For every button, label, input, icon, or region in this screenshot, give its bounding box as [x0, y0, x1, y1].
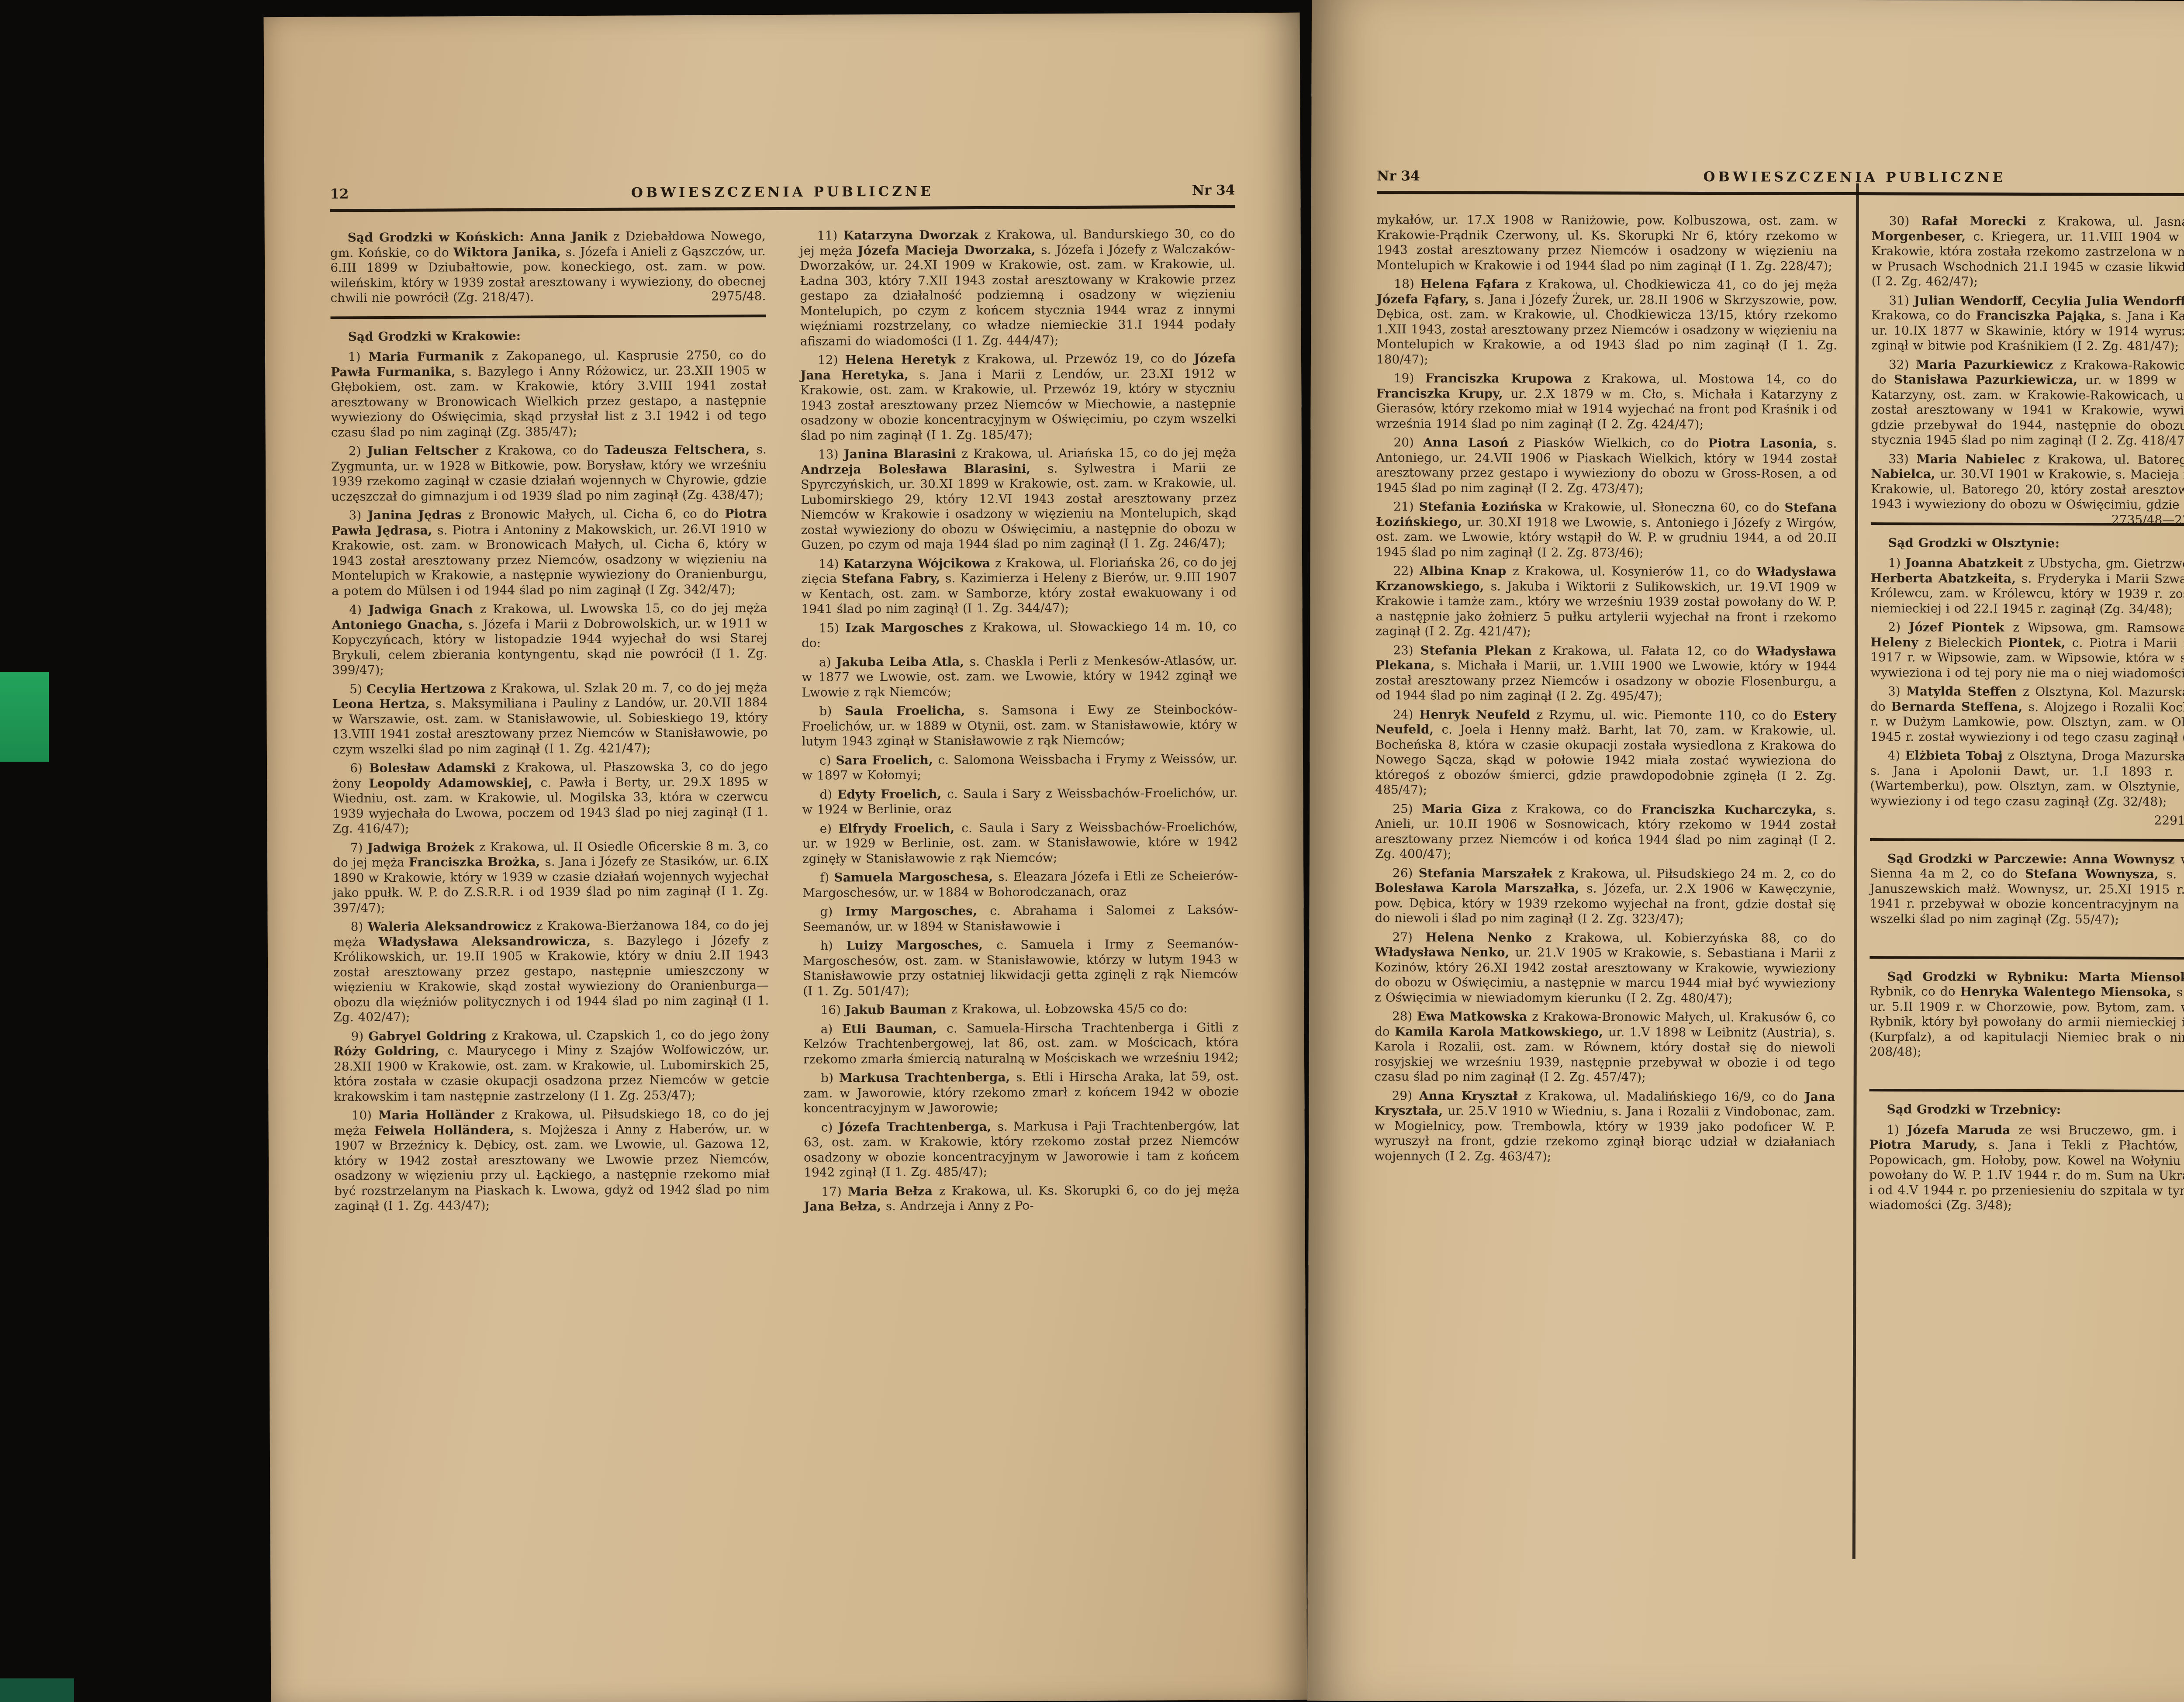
- entry-text: z Bieleckich: [1925, 635, 2008, 649]
- entry-text: 24): [1393, 707, 1420, 722]
- person-name: Maria Pazurkiewicz: [1916, 357, 2060, 372]
- entry-text: z Krakowa, ul. Mostowa 14, co do: [1584, 371, 1837, 387]
- entry-text: 33): [1888, 452, 1917, 466]
- person-name: Anna Lasoń: [1423, 435, 1518, 450]
- entry-paragraph: 16) Jakub Bauman z Krakowa, ul. Łobzowsk…: [803, 1001, 1238, 1018]
- entry-text: 4): [1888, 748, 1905, 763]
- text-column: Sąd Grodzki w Końskich: Anna Janik z Dzi…: [330, 228, 770, 1220]
- entry-paragraph: 18) Helena Fąfara z Krakowa, ul. Chodkie…: [1376, 276, 1838, 368]
- person-name: Markusa Trachtenberga,: [839, 1070, 1016, 1085]
- entry-text: 11): [817, 228, 843, 242]
- entry-text: a): [821, 1022, 842, 1036]
- entry-paragraph: 8) Waleria Aleksandrowicz z Krakowa-Bier…: [333, 918, 769, 1025]
- person-name: Piontek,: [2008, 635, 2072, 649]
- person-name: Elżbieta Tobaj: [1905, 748, 2008, 763]
- entry-paragraph: 12) Helena Heretyk z Krakowa, ul. Przewó…: [800, 351, 1236, 443]
- entry-paragraph: 31) Julian Wendorff, Cecylia Julia Wendo…: [1871, 293, 2184, 355]
- header-rule: [330, 205, 1235, 212]
- entry-text: 1): [1887, 1122, 1907, 1137]
- entry-paragraph: 24) Henryk Neufeld z Rzymu, ul. wic. Pie…: [1375, 707, 1836, 799]
- entry-text: z Krakowa, co do: [1511, 801, 1641, 816]
- text-columns: mykałów, ur. 17.X 1908 w Raniżowie, pow.…: [1374, 212, 2184, 1218]
- entry-text: e): [820, 821, 839, 835]
- entry-paragraph: 7) Jadwiga Brożek z Krakowa, ul. II Osie…: [333, 839, 769, 916]
- entry-text: a): [819, 655, 836, 669]
- entry-text: 2): [349, 444, 367, 458]
- entry-text: 31): [1889, 293, 1914, 307]
- entry-text: 19): [1394, 371, 1425, 385]
- person-name: Andrzeja Bolesława Blarasini,: [801, 461, 1047, 476]
- entry-paragraph: Sąd Grodzki w Parczewie: Anna Wownysz w …: [1870, 851, 2184, 928]
- person-name: Józefa Macieja Dworzaka,: [857, 242, 1041, 258]
- person-name: Herberta Abatzkeita,: [1871, 571, 2022, 586]
- entry-text: mykałów, ur. 17.X 1908 w Raniżowie, pow.…: [1376, 212, 1837, 273]
- person-name: Józefa Trachtenberga,: [839, 1119, 998, 1134]
- entry-text: 20): [1393, 435, 1423, 449]
- person-name: Maria Bełza: [848, 1184, 939, 1198]
- header-rule: [1377, 191, 2184, 197]
- entry-paragraph: 4) Elżbieta Tobaj z Olsztyna, Droga Mazu…: [1870, 748, 2184, 810]
- journal-title: OBWIESZCZENIA PUBLICZNE: [1473, 169, 2184, 186]
- entry-paragraph: 33) Maria Nabielec z Krakowa, ul. Batore…: [1871, 452, 2184, 513]
- entry-paragraph: 25) Maria Giza z Krakowa, co do Francisz…: [1375, 801, 1836, 863]
- text-column: mykałów, ur. 17.X 1908 w Raniżowie, pow.…: [1374, 212, 1838, 1216]
- person-name: Irmy Margosches,: [845, 904, 990, 918]
- person-name: Edyty Froelich,: [837, 787, 947, 801]
- entry-paragraph: 27) Helena Nenko z Krakowa, ul. Kobierzy…: [1375, 930, 1835, 1006]
- right-page: Nr 34 OBWIESZCZENIA PUBLICZNE 13 mykałów…: [1307, 0, 2184, 1702]
- person-name: Stefania Marszałek: [1419, 866, 1559, 880]
- entry-text: 26): [1393, 866, 1419, 880]
- entry-paragraph: Sąd Grodzki w Rybniku: Marta Miensok z B…: [1870, 969, 2184, 1061]
- person-name: Stefana Fabry,: [842, 571, 945, 586]
- entry-text: 28): [1392, 1009, 1417, 1023]
- page-header: Nr 34 OBWIESZCZENIA PUBLICZNE 13: [1377, 168, 2184, 186]
- entry-paragraph: h) Luizy Margosches, c. Samuela i Irmy z…: [803, 936, 1239, 998]
- entry-text: ze wsi Bruczewo, gm. i pow. Trzebnica, c…: [2018, 1122, 2184, 1138]
- entry-text: 15): [819, 621, 846, 635]
- person-name: Julian Feltscher: [367, 443, 485, 458]
- person-name: Cecylia Hertzowa: [366, 681, 490, 696]
- entry-paragraph: f) Samuela Margoschesa, s. Eleazara Józe…: [802, 868, 1238, 900]
- person-name: Joanna Abatzkeit: [1905, 556, 2028, 570]
- entry-text: z Zakopanego, ul. Kasprusie 2750, co do: [492, 348, 766, 363]
- entry-paragraph: 13) Janina Blarasini z Krakowa, ul. Aria…: [801, 445, 1237, 552]
- entry-text: z Krakowa, ul. Fałata 12, co do: [1539, 643, 1756, 658]
- person-name: Franciszka Krupy,: [1376, 386, 1511, 401]
- entry-paragraph: 29) Anna Kryształ z Krakowa, ul. Madaliń…: [1374, 1088, 1835, 1165]
- entry-text: z Krakowa, ul. Batorego 20, co do: [2033, 452, 2184, 467]
- person-name: Jana Bełza,: [804, 1199, 886, 1214]
- entry-text: z Krakowa, ul. Czapskich 1, co do jego ż…: [492, 1027, 769, 1043]
- person-name: Katarzyna Dworzak: [843, 228, 985, 242]
- person-name: Luizy Margosches,: [846, 938, 996, 953]
- case-number: 2735/48—2748/48, 2995—3014/48.: [2094, 512, 2184, 528]
- person-name: Józefa Maruda: [1907, 1122, 2018, 1137]
- entry-text: z Krakowa, ul. Piłsudskiego 24 m. 2, co …: [1559, 866, 1836, 881]
- person-name: Jadwiga Brożek: [367, 840, 479, 855]
- entry-text: z Krakowa, ul. Ks. Skorupki 6, co do jej…: [939, 1182, 1239, 1198]
- person-name: Pawła Furmanika,: [331, 364, 462, 379]
- person-name: Stefana Wownysza,: [2025, 867, 2167, 881]
- entry-text: z Bronowic Małych, ul. Cicha 6, co do: [468, 507, 725, 522]
- entry-text: 2291/48, 2293/48—2295/48.: [2154, 813, 2184, 828]
- entry-paragraph: 28) Ewa Matkowska z Krakowa-Bronowic Mał…: [1375, 1009, 1835, 1085]
- entry-text: z Olsztyna, Droga Mazurska 6, co do: [2008, 749, 2184, 763]
- section-divider: [331, 314, 766, 319]
- case-number-line: 2098/48.: [1870, 930, 2184, 946]
- person-name: Róży Goldring,: [334, 1043, 448, 1058]
- person-name: Jakub Bauman: [845, 1002, 951, 1017]
- entry-text: 6): [350, 761, 369, 775]
- entry-text: 9): [351, 1029, 369, 1043]
- person-name: Waleria Aleksandrowicz: [368, 918, 536, 934]
- person-name: Maria Holländer: [378, 1108, 501, 1122]
- entry-paragraph: a) Etli Bauman, c. Samuela-Hirscha Trach…: [803, 1020, 1239, 1067]
- person-name: Etli Bauman,: [842, 1021, 947, 1036]
- section-heading: Sąd Grodzki w Krakowie:: [331, 328, 766, 345]
- entry-text: 1): [1888, 556, 1905, 570]
- right-page-inner: Nr 34 OBWIESZCZENIA PUBLICZNE 13 mykałów…: [1307, 0, 2184, 1702]
- person-name: Józef Piontek: [1909, 620, 2013, 635]
- person-name: Maria Giza: [1422, 801, 1511, 816]
- entry-paragraph: 19) Franciszka Krupowa z Krakowa, ul. Mo…: [1376, 371, 1837, 432]
- person-name: Franciszka Pająka,: [1976, 308, 2111, 323]
- person-name: Bolesław Adamski: [369, 760, 503, 775]
- entry-paragraph: a) Jakuba Leiba Atla, s. Chaskla i Perli…: [802, 653, 1237, 700]
- entry-paragraph: 2) Józef Piontek z Wipsowa, gm. Ramsowa,…: [1870, 620, 2184, 681]
- entry-paragraph: 15) Izak Margosches z Krakowa, ul. Słowa…: [802, 619, 1237, 651]
- person-name: Julian Wendorff, Cecylia Julia Wendorff …: [1914, 293, 2184, 308]
- person-name: Kamila Karola Matkowskiego,: [1395, 1024, 1608, 1039]
- entry-text: z Krakowa, ul. Madalińskiego 16/9, co do: [1525, 1089, 1805, 1104]
- entry-paragraph: 23) Stefania Plekan z Krakowa, ul. Fałat…: [1375, 643, 1836, 704]
- entry-paragraph: 1) Józefa Maruda ze wsi Bruczewo, gm. i …: [1869, 1122, 2184, 1214]
- person-name: Franciszka Brożka,: [409, 854, 545, 869]
- entry-paragraph: Sąd Grodzki w Końskich: Anna Janik z Dzi…: [330, 228, 766, 306]
- text-column: 30) Rafał Morecki z Krakowa, ul. Jasna 8…: [1869, 214, 2184, 1218]
- entry-text: 10): [351, 1108, 378, 1122]
- entry-text: h): [820, 938, 847, 953]
- text-column: 11) Katarzyna Dworzak z Krakowa, ul. Ban…: [800, 226, 1240, 1218]
- entry-paragraph: g) Irmy Margosches, c. Abrahama i Salome…: [802, 902, 1238, 934]
- person-name: Sąd Grodzki w Krakowie:: [348, 328, 521, 344]
- entry-paragraph: 10) Maria Holländer z Krakowa, ul. Piłsu…: [334, 1106, 770, 1214]
- person-name: Katarzyna Wójcikowa: [843, 556, 995, 571]
- entry-text: z Wipsowa, gm. Ramsowa, pow. Olsztyn, co…: [2013, 620, 2184, 635]
- person-name: Henryka Walentego Miensoka,: [1960, 984, 2177, 999]
- person-name: Maria Nabielec: [1917, 452, 2033, 466]
- entry-text: z Krakowa, ul. Ariańska 15, co do jej mę…: [961, 445, 1236, 461]
- entry-paragraph: c) Sara Froelich, c. Salomona Weissbacha…: [802, 751, 1237, 783]
- person-name: Piotra Lasonia,: [1708, 436, 1827, 451]
- person-name: Jadwiga Gnach: [368, 602, 480, 617]
- entry-text: c. Joela i Henny małż. Barht, lat 70, za…: [1375, 722, 1836, 797]
- entry-paragraph: 6) Bolesław Adamski z Krakowa, ul. Płasz…: [332, 759, 768, 836]
- entry-text: 5): [349, 682, 366, 696]
- person-name: Saula Froelicha,: [845, 703, 978, 718]
- entry-paragraph: 5) Cecylia Hertzowa z Krakowa, ul. Szlak…: [332, 680, 768, 757]
- entry-text: 32): [1889, 357, 1916, 372]
- person-name: Stanisława Pazurkiewicza,: [1894, 372, 2085, 387]
- case-number: 2975/48.: [694, 289, 766, 304]
- entry-text: 2): [1888, 620, 1909, 634]
- person-name: Stefania Łozińska: [1419, 499, 1547, 514]
- entry-text: s. Andrzeja i Anny z Po-: [886, 1198, 1034, 1213]
- person-name: Maria Furmanik: [368, 349, 492, 364]
- person-name: Helena Nenko: [1426, 930, 1545, 945]
- person-name: Władysława Aleksandrowicza,: [379, 933, 604, 949]
- entry-text: 16): [820, 1002, 845, 1017]
- entry-text: z Krakowa, ul. Szlak 20 m. 7, co do jej …: [490, 680, 767, 696]
- section-heading: Sąd Grodzki w Trzebnicy:: [1869, 1102, 2184, 1118]
- entry-text: s. Michała i Marii, ur. 1.VIII 1900 we L…: [1375, 658, 1836, 703]
- person-name: Franciszka Kucharczyka,: [1641, 802, 1826, 817]
- entry-paragraph: 14) Katarzyna Wójcikowa z Krakowa, ul. F…: [801, 555, 1237, 617]
- entry-text: 23): [1393, 643, 1420, 657]
- entry-text: 4): [349, 602, 368, 617]
- entry-text: z Krakowa, co do: [485, 443, 605, 458]
- person-name: Sąd Grodzki w Olsztynie:: [1888, 535, 2060, 550]
- person-name: Janina Blarasini: [844, 446, 962, 461]
- person-name: Sąd Grodzki w Rybniku: Marta Miensok: [1887, 969, 2184, 984]
- entry-paragraph: 26) Stefania Marszałek z Krakowa, ul. Pi…: [1375, 866, 1836, 927]
- person-name: Władysława Nenko,: [1375, 945, 1515, 960]
- person-name: Sąd Grodzki w Trzebnicy:: [1887, 1102, 2061, 1117]
- person-name: Helena Heretyk: [845, 352, 964, 367]
- person-name: Jakuba Leiba Atla,: [836, 654, 969, 669]
- entry-paragraph: 9) Gabryel Goldring z Krakowa, ul. Czaps…: [334, 1027, 770, 1105]
- entry-paragraph: d) Edyty Froelich, c. Saula i Sary z Wei…: [802, 785, 1237, 817]
- entry-paragraph: 1) Joanna Abatzkeit z Ubstycha, gm. Giet…: [1870, 556, 2184, 617]
- green-registration-strip-bottom: [0, 1678, 74, 1702]
- entry-text: d): [819, 787, 837, 801]
- entry-text: b): [819, 704, 845, 718]
- person-name: Henryk Neufeld: [1419, 707, 1536, 722]
- person-name: Janina Jędras: [368, 507, 469, 522]
- person-name: Rafał Morecki: [1921, 214, 2039, 228]
- entry-text: z Krakowa, ul. Kosynierów 11, co do: [1513, 564, 1757, 579]
- person-name: Tadeusza Feltschera,: [605, 442, 757, 457]
- entry-paragraph: 22) Albina Knap z Krakowa, ul. Kosynieró…: [1375, 563, 1836, 640]
- person-name: Albina Knap: [1420, 563, 1513, 578]
- entry-paragraph: 11) Katarzyna Dworzak z Krakowa, ul. Ban…: [800, 226, 1236, 349]
- person-name: Feiwela Holländera,: [374, 1122, 522, 1137]
- entry-paragraph: b) Markusa Trachtenberga, s. Etli i Hirs…: [803, 1069, 1239, 1116]
- entry-text: c): [819, 753, 836, 767]
- person-name: Samuela Margoschesa,: [834, 870, 999, 885]
- entry-text: s. Jana i Apolonii Dawt, ur. 1.I 1893 r.…: [1870, 763, 2184, 809]
- page-number: 12: [330, 186, 426, 202]
- entry-paragraph: mykałów, ur. 17.X 1908 w Raniżowie, pow.…: [1376, 212, 1837, 274]
- person-name: Antoniego Gnacha,: [332, 617, 468, 632]
- entry-text: w Krakowie, ul. Słoneczna 60, co do: [1548, 500, 1785, 514]
- entry-text: z Rzymu, ul. wic. Piemonte 110, co do: [1536, 708, 1793, 723]
- entry-text: 7): [350, 840, 367, 855]
- person-name: Gabryel Goldring: [368, 1028, 492, 1043]
- person-name: Anna Kryształ: [1419, 1088, 1525, 1103]
- entry-text: 12): [818, 352, 845, 367]
- case-number-line: 2150/48.: [1870, 1063, 2184, 1080]
- left-page-inner: 12 OBWIESZCZENIA PUBLICZNE Nr 34 Sąd Gro…: [264, 13, 1307, 1702]
- entry-text: f): [820, 870, 834, 885]
- section-divider: [1870, 956, 2184, 960]
- entry-text: 13): [818, 447, 844, 461]
- entry-paragraph: 32) Maria Pazurkiewicz z Krakowa-Rakowic…: [1871, 357, 2184, 449]
- page-header: 12 OBWIESZCZENIA PUBLICZNE Nr 34: [330, 182, 1235, 202]
- person-name: Helena Fąfara: [1420, 276, 1526, 291]
- entry-text: c): [821, 1120, 839, 1134]
- entry-text: 8): [351, 919, 368, 934]
- person-name: Elfrydy Froelich,: [838, 821, 961, 835]
- entry-text: 29): [1392, 1088, 1419, 1103]
- entry-paragraph: 20) Anna Lasoń z Piasków Wielkich, co do…: [1376, 435, 1837, 497]
- entry-paragraph: c) Józefa Trachtenberga, s. Markusa i Pa…: [804, 1118, 1240, 1180]
- entry-text: 1): [348, 349, 369, 364]
- journal-title: OBWIESZCZENIA PUBLICZNE: [426, 183, 1139, 201]
- section-divider: [1870, 838, 2184, 842]
- entry-paragraph: 17) Maria Bełza z Krakowa, ul. Ks. Skoru…: [804, 1182, 1239, 1214]
- entry-text: 18): [1394, 276, 1420, 291]
- entry-text: z Ubstycha, gm. Gietrzwołd, pow. Olsztyn…: [2028, 556, 2184, 571]
- person-name: Stefania Plekan: [1420, 643, 1539, 658]
- entry-paragraph: 1) Maria Furmanik z Zakopanego, ul. Kasp…: [331, 348, 767, 440]
- entry-text: z Krakowa, ul. Lwowska 15, co do jej męż…: [480, 601, 767, 616]
- person-name: Heleny: [1870, 635, 1925, 649]
- entry-text: 14): [819, 556, 843, 571]
- entry-text: 3): [1888, 684, 1906, 698]
- entry-text: 27): [1392, 930, 1425, 944]
- entry-text: z Krakowa, ul. Chodkiewicza 41, co do je…: [1525, 277, 1837, 292]
- entry-paragraph: 4) Jadwiga Gnach z Krakowa, ul. Lwowska …: [332, 601, 767, 678]
- entry-paragraph: b) Saula Froelicha, s. Samsona i Ewy ze …: [802, 702, 1237, 749]
- entry-text: 21): [1393, 499, 1419, 514]
- scan-background: { "page_left": { "page_number": "12", "j…: [0, 0, 2184, 1702]
- person-name: Ewa Matkowska: [1417, 1009, 1532, 1024]
- entry-text: z Krakowa, ul. Kobierzyńska 88, co do: [1545, 930, 1836, 946]
- person-name: Bernarda Steffena,: [1891, 699, 2028, 714]
- entry-paragraph: 21) Stefania Łozińska w Krakowie, ul. Sł…: [1376, 499, 1837, 561]
- entry-paragraph: 3) Janina Jędras z Bronowic Małych, ul. …: [331, 506, 767, 598]
- person-name: Franciszka Krupowa: [1425, 371, 1584, 386]
- person-name: Wiktora Janika,: [453, 245, 566, 259]
- entry-paragraph: 2) Julian Feltscher z Krakowa, co do Tad…: [331, 442, 767, 504]
- section-heading: Sąd Grodzki w Olsztynie:: [1871, 535, 2184, 552]
- person-name: Piotra Marudy,: [1869, 1137, 1988, 1152]
- person-name: Józefa Fąfary,: [1376, 292, 1474, 307]
- entry-text: z Krakowa, ul. Przewóz 19, co do: [963, 351, 1194, 366]
- person-name: Matylda Steffen: [1906, 684, 2023, 699]
- entry-text: z Piasków Wielkich, co do: [1518, 435, 1708, 450]
- entry-text: 30): [1889, 214, 1921, 228]
- entry-text: z Krakowa, ul. Łobzowska 45/5 co do:: [951, 1001, 1187, 1016]
- green-registration-strip: [0, 672, 49, 762]
- entry-text: 22): [1393, 563, 1420, 578]
- person-name: Sąd Grodzki w Parczewie: Anna Wownysz: [1887, 851, 2181, 867]
- entry-text: g): [820, 904, 845, 918]
- issue-number: Nr 34: [1139, 182, 1235, 198]
- entry-paragraph: 3) Matylda Steffen z Olsztyna, Kol. Mazu…: [1870, 684, 2184, 746]
- person-name: Bolesława Karola Marszałka,: [1375, 880, 1587, 895]
- person-name: Sara Froelich,: [836, 753, 938, 767]
- entry-text: 25): [1393, 801, 1422, 816]
- entry-text: 17): [821, 1184, 848, 1198]
- person-name: Leopoldy Adamowskiej,: [369, 775, 540, 791]
- case-number-line: 2291/48, 2293/48—2295/48.: [1870, 812, 2184, 829]
- person-name: Sąd Grodzki w Końskich: Anna Janik: [348, 229, 613, 245]
- entry-paragraph: e) Elfrydy Froelich, c. Saula i Sary z W…: [802, 819, 1238, 867]
- issue-number: Nr 34: [1377, 168, 1473, 184]
- left-page: 12 OBWIESZCZENIA PUBLICZNE Nr 34 Sąd Gro…: [264, 13, 1307, 1702]
- entry-text: 3): [349, 508, 367, 522]
- text-columns: Sąd Grodzki w Końskich: Anna Janik z Dzi…: [330, 226, 1240, 1220]
- entry-text: z Krakowa, ul. Jasna 8, co do: [2039, 214, 2184, 229]
- person-name: Leona Hertza,: [332, 696, 435, 711]
- section-divider: [1870, 1089, 2184, 1093]
- entry-paragraph: 30) Rafał Morecki z Krakowa, ul. Jasna 8…: [1871, 214, 2184, 290]
- entry-text: b): [821, 1070, 839, 1085]
- person-name: Izak Margosches: [845, 620, 970, 635]
